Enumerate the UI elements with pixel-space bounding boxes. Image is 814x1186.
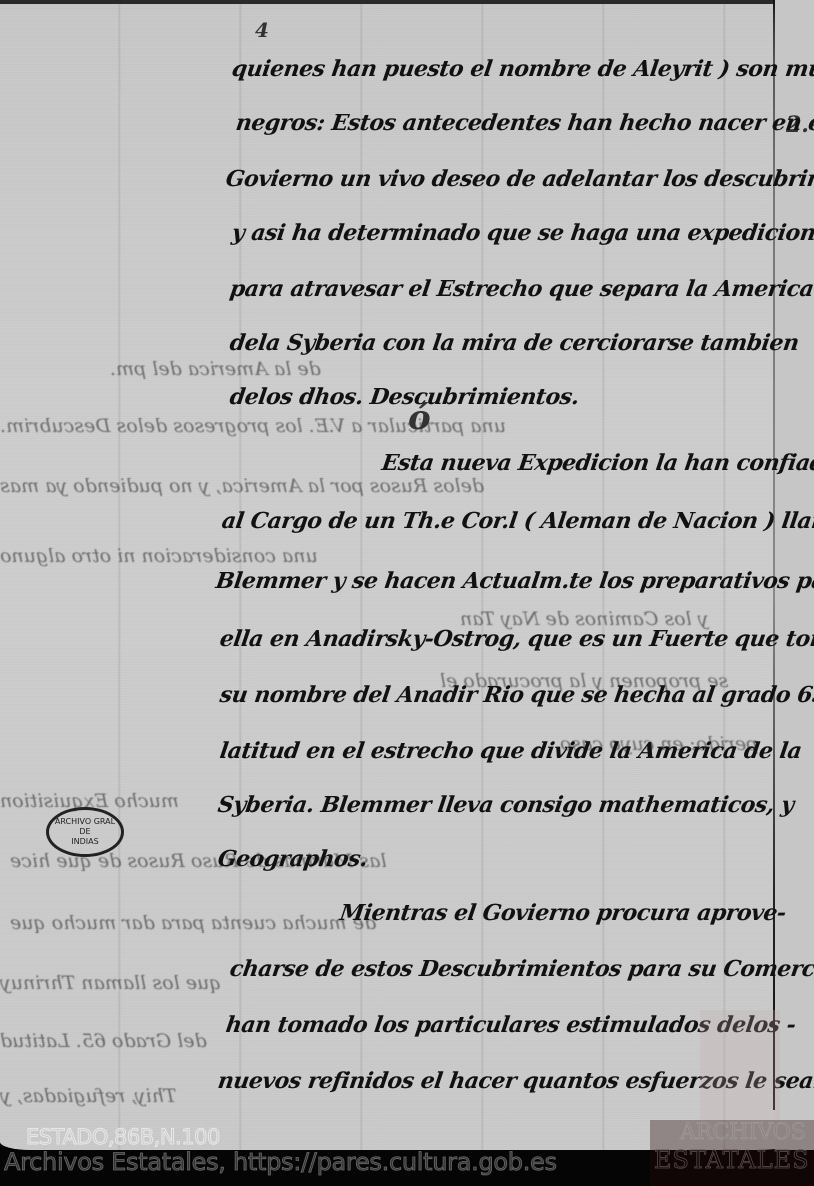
logo-line-2: ESTATALES	[654, 1146, 810, 1174]
manuscript-line: para atravesar el Estrecho que separa la…	[228, 276, 814, 302]
page-top-edge	[0, 0, 814, 4]
manuscript-line: Mientras el Govierno procura aprove-	[338, 900, 787, 926]
archive-stamp: ARCHIVO GRAL DE INDIAS	[46, 807, 124, 857]
reference-code: ESTADO,86B,N.100	[26, 1125, 220, 1149]
manuscript-line: Blemmer y se hacen Actualm.te los prepar…	[214, 568, 814, 594]
manuscript-line: dela Syberia con la mira de cerciorarse …	[228, 330, 800, 356]
logo-watermark-tint	[700, 1010, 780, 1120]
bleed-through-text: delos Rusos por la America, y no pudiend…	[0, 475, 484, 497]
bleed-through-text: que los llaman Thrinuy	[0, 972, 221, 994]
manuscript-page: de la America del pm. una particular a V…	[0, 0, 814, 1150]
manuscript-line: Geographos.	[216, 846, 369, 872]
bleed-through-text: Thiy, refugiadas, y	[0, 1085, 177, 1107]
manuscript-line: charse de estos Descubrimientos para su …	[228, 956, 814, 982]
stamp-line: ARCHIVO GRAL	[55, 817, 115, 827]
manuscript-line: ella en Anadirsky-Ostrog, que es un Fuer…	[218, 626, 814, 652]
manuscript-line: al Cargo de un Th.e Cor.l ( Aleman de Na…	[220, 508, 814, 534]
margin-number: 4	[255, 18, 269, 42]
bleed-through-text: de la America del pm.	[110, 358, 321, 380]
bleed-through-text: de mucha cuenta para dar mucho que	[10, 912, 376, 934]
manuscript-line: Govierno un vivo deseo de adelantar los …	[224, 166, 814, 192]
manuscript-line: latitud en el estrecho que divide la Ame…	[218, 738, 803, 764]
manuscript-line: delos dhos. Descubrimientos.	[228, 384, 581, 410]
bleed-through-text: una consideracion ni otro alguno	[0, 545, 318, 567]
manuscript-line: Esta nueva Expedicion la han confiado	[380, 450, 814, 476]
manuscript-line: negros: Estos antecedentes han hecho nac…	[234, 110, 814, 136]
stamp-line: DE	[79, 827, 90, 837]
manuscript-line: Syberia. Blemmer lleva consigo mathemati…	[216, 792, 795, 818]
manuscript-line: su nombre del Anadir Rio que se hecha al…	[218, 682, 814, 708]
stamp-line: INDIAS	[71, 837, 98, 847]
archive-credit: Archivos Estatales, https://pares.cultur…	[4, 1148, 557, 1176]
manuscript-line: quienes han puesto el nombre de Aleyrit …	[230, 56, 814, 82]
manuscript-line: y asi ha determinado que se haga una exp…	[230, 220, 814, 246]
logo-line-1: ARCHIVOS	[680, 1120, 806, 1145]
bleed-through-text: del Grado 65. Latitud	[0, 1030, 207, 1052]
